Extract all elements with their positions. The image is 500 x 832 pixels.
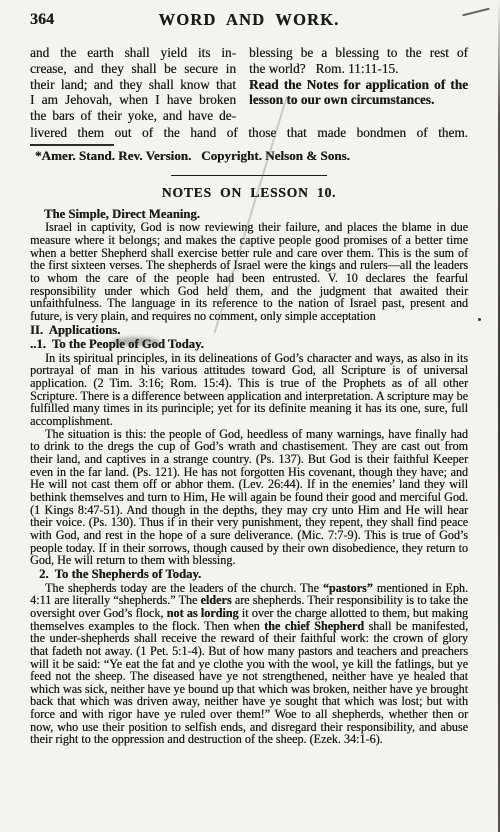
footnote-separator [30, 144, 114, 146]
scripture-columns: and the earth shall yield its in- crease… [30, 45, 468, 124]
footnote: *Amer. Stand. Rev. Version. Copyright. N… [30, 148, 468, 164]
read-notes-callout-line: Read the Notes for application of the [249, 77, 468, 93]
page-title: WORD AND WORK. [30, 10, 468, 30]
scripture-left-column: and the earth shall yield its in- crease… [30, 45, 236, 124]
scripture-line: and the earth shall yield its in- [30, 45, 236, 61]
section-heading-applications: II. Applications. [30, 324, 468, 338]
scripture-line: I am Jehovah, when I have broken [30, 92, 236, 108]
section-heading-people-of-god: ..1. To the People of God Today. [30, 338, 468, 352]
section-divider [171, 175, 327, 176]
notes-heading: NOTES ON LESSON 10. [30, 185, 468, 201]
section-heading-shepherds: 2. To the Shepherds of Today. [30, 568, 468, 582]
scripture-line: their land; and they shall know that [30, 77, 236, 93]
page-number: 364 [30, 11, 54, 29]
page-content: 364 WORD AND WORK. and the earth shall y… [0, 0, 500, 746]
scripture-line: blessing be a blessing to the rest of [249, 45, 468, 61]
paragraph-people-of-god-1: In its spiritual principles, in its deli… [30, 352, 468, 428]
scripture-right-column: blessing be a blessing to the rest of th… [249, 45, 468, 124]
read-notes-callout-line: lesson to our own circumstances. [249, 92, 468, 108]
paragraph-simple-direct-meaning: Israel in captivity, God is now reviewin… [30, 221, 468, 322]
scripture-line: crease, and they shall be secure in [30, 61, 236, 77]
scripture-continuation-line: livered them out of the hand of those th… [30, 125, 468, 141]
paragraph-people-of-god-2: The situation is this: the people of God… [30, 428, 468, 567]
scripture-line: the bars of their yoke, and have de- [30, 108, 236, 124]
paragraph-shepherds: The shepherds today are the leaders of t… [30, 582, 468, 747]
scripture-line: the world? Rom. 11:11-15. [249, 61, 468, 77]
section-heading-simple-direct-meaning: The Simple, Direct Meaning. [30, 208, 468, 222]
page-header: 364 WORD AND WORK. [30, 10, 468, 34]
scanned-page: 364 WORD AND WORK. and the earth shall y… [0, 0, 500, 832]
